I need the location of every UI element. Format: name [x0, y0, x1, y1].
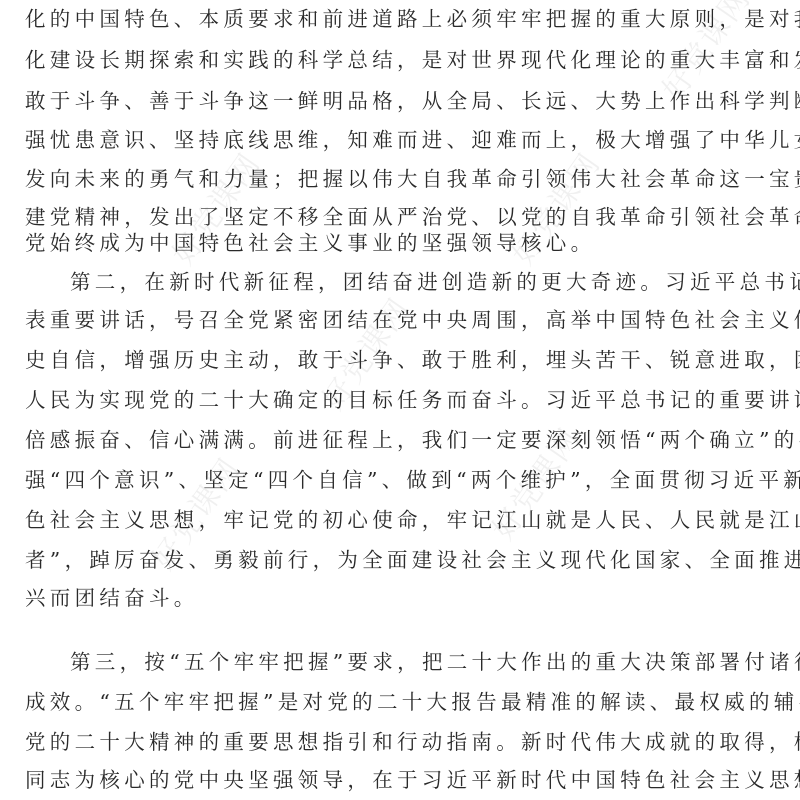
text-line: 强“四个意识”、坚定“四个自信”、做到“两个维护”，全面贯彻习近平新时代中国特	[25, 468, 785, 492]
text-line: 发向未来的勇气和力量；把握以伟大自我革命引领伟大社会革命这一宝贵经验，弘扬伟大	[25, 167, 785, 191]
text-line: 色社会主义思想，牢记党的初心使命，牢记江山就是人民、人民就是江山，牢记“国之大	[25, 508, 785, 532]
text-line: 人民为实现党的二十大确定的目标任务而奋斗。习近平总书记的重要讲话催人奋进，让人	[25, 388, 785, 412]
document-page: 好党课网 好党课网 好党课网 好党课网 好党课网 好党课网 化的中国特色、本质要…	[0, 0, 800, 800]
text-line: 第三，按“五个牢牢把握”要求，把二十大作出的重大决策部署付诸行动、见之于	[70, 650, 800, 674]
text-line: 倍感振奋、信心满满。前进征程上，我们一定要深刻领悟“两个确立”的决定性意义，增	[25, 428, 785, 452]
text-line: 党始终成为中国特色社会主义事业的坚强领导核心。	[25, 231, 785, 255]
text-line: 史自信，增强历史主动，敢于斗争、敢于胜利，埋头苦干、锐意进取，团结带领全国各族	[25, 348, 785, 372]
text-line: 强忧患意识、坚持底线思维，知难而进、迎难而上，极大增强了中华儿女锚定目标意气风	[25, 128, 785, 152]
text-line: 建党精神，发出了坚定不移全面从严治党、以党的自我革命引领社会革命的动员令，确保	[25, 205, 785, 229]
text-line: 者”，踔厉奋发、勇毅前行，为全面建设社会主义现代化国家、全面推进中华民族伟大复	[25, 548, 785, 572]
text-line: 化建设长期探索和实践的科学总结，是对世界现代化理论的重大丰富和发展；彰显我们党	[25, 48, 785, 72]
text-line: 党的二十大精神的重要思想指引和行动指南。新时代伟大成就的取得，根本在于以习近平	[25, 730, 785, 754]
text-line: 敢于斗争、善于斗争这一鲜明品格，从全局、长远、大势上作出科学判断和决策，强调增	[25, 89, 785, 113]
text-line: 兴而团结奋斗。	[25, 586, 785, 610]
text-line: 化的中国特色、本质要求和前进道路上必须牢牢把握的重大原则，是对我国社会主义现代	[25, 7, 785, 31]
text-line: 同志为核心的党中央坚强领导，在于习近平新时代中国特色社会主义思想科学指引。展望	[25, 768, 785, 792]
text-line: 第二，在新时代新征程，团结奋进创造新的更大奇迹。习近平总书记在闭幕会上发	[70, 270, 800, 294]
text-line: 表重要讲话，号召全党紧密团结在党中央周围，高举中国特色社会主义伟大旗帜，坚定历	[25, 308, 785, 332]
text-line: 成效。“五个牢牢把握”是对党的二十大报告最精准的解读、最权威的辅导，是贯彻落实	[25, 690, 785, 714]
